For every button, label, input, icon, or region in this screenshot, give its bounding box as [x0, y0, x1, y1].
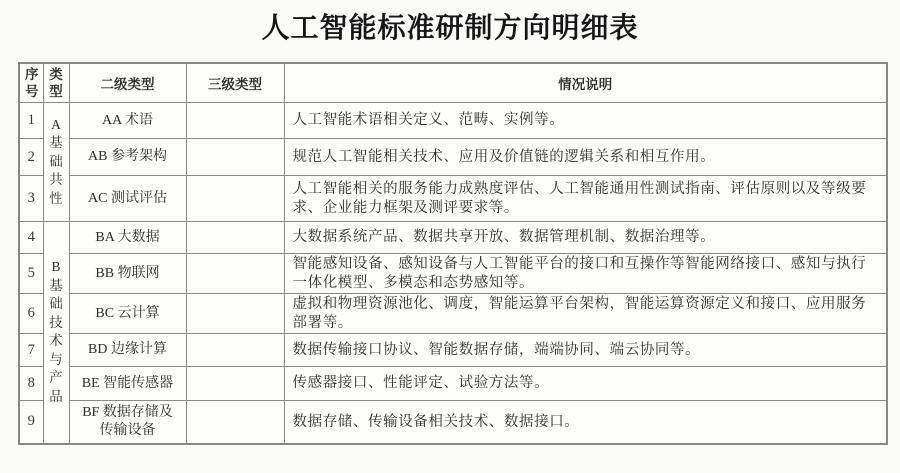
level3-type-cell [186, 176, 284, 222]
table-row: 8 BE 智能传感器 传感器接口、性能评定、试验方法等。 [19, 367, 887, 401]
level2-type-cell: BF 数据存储及传输设备 [69, 401, 186, 444]
level3-type-cell [186, 254, 284, 294]
level2-type-cell: BD 边缘计算 [69, 334, 186, 367]
header-level3: 三级类型 [186, 63, 284, 103]
table-row: 1 A基础共性 AA 术语 人工智能术语相关定义、范畴、实例等。 [19, 103, 887, 139]
description-cell: 大数据系统产品、数据共享开放、数据管理机制、数据治理等。 [284, 222, 887, 254]
row-number: 7 [19, 334, 43, 367]
description-cell: 虚拟和物理资源池化、调度，智能运算平台架构，智能运算资源定义和接口、应用服务部署… [284, 294, 887, 334]
data-table: 序号 类型 二级类型 三级类型 情况说明 1 A基础共性 AA 术语 人工智能术… [18, 62, 888, 445]
document-page: 人工智能标准研制方向明细表 序号 类型 二级类型 三级类型 情况说明 1 A基础… [0, 0, 900, 473]
description-cell: 人工智能术语相关定义、范畴、实例等。 [284, 103, 887, 139]
table-row: 6 BC 云计算 虚拟和物理资源池化、调度，智能运算平台架构，智能运算资源定义和… [19, 294, 887, 334]
level2-type-cell: AA 术语 [69, 103, 186, 139]
level3-type-cell [186, 334, 284, 367]
table-row: 9 BF 数据存储及传输设备 数据存储、传输设备相关技术、数据接口。 [19, 401, 887, 444]
table-row: 5 BB 物联网 智能感知设备、感知设备与人工智能平台的接口和互操作等智能网络接… [19, 254, 887, 294]
level3-type-cell [186, 139, 284, 176]
table-row: 3 AC 测试评估 人工智能相关的服务能力成熟度评估、人工智能通用性测试指南、评… [19, 176, 887, 222]
level2-type-cell: BA 大数据 [69, 222, 186, 254]
level2-type-cell: BE 智能传感器 [69, 367, 186, 401]
header-no: 序号 [19, 63, 43, 103]
description-cell: 人工智能相关的服务能力成熟度评估、人工智能通用性测试指南、评估原则以及等级要求、… [284, 176, 887, 222]
level2-type-cell: AB 参考架构 [69, 139, 186, 176]
description-cell: 规范人工智能相关技术、应用及价值链的逻辑关系和相互作用。 [284, 139, 887, 176]
level3-type-cell [186, 103, 284, 139]
row-number: 4 [19, 222, 43, 254]
table-row: 7 BD 边缘计算 数据传输接口协议、智能数据存储，端端协同、端云协同等。 [19, 334, 887, 367]
row-number: 9 [19, 401, 43, 444]
row-number: 5 [19, 254, 43, 294]
level3-type-cell [186, 367, 284, 401]
row-number: 3 [19, 176, 43, 222]
table-row: 2 AB 参考架构 规范人工智能相关技术、应用及价值链的逻辑关系和相互作用。 [19, 139, 887, 176]
table-header-row: 序号 类型 二级类型 三级类型 情况说明 [19, 63, 887, 103]
row-number: 6 [19, 294, 43, 334]
page-title: 人工智能标准研制方向明细表 [0, 6, 900, 46]
header-level2: 二级类型 [69, 63, 186, 103]
level3-type-cell [186, 401, 284, 444]
level2-type-cell: BC 云计算 [69, 294, 186, 334]
row-number: 1 [19, 103, 43, 139]
header-desc: 情况说明 [284, 63, 887, 103]
level3-type-cell [186, 294, 284, 334]
table-row: 4 B基础技术与产品 BA 大数据 大数据系统产品、数据共享开放、数据管理机制、… [19, 222, 887, 254]
type-group-label: B基础技术与产品 [43, 222, 69, 444]
type-group-label: A基础共性 [43, 103, 69, 222]
description-cell: 智能感知设备、感知设备与人工智能平台的接口和互操作等智能网络接口、感知与执行一体… [284, 254, 887, 294]
header-type: 类型 [43, 63, 69, 103]
row-number: 2 [19, 139, 43, 176]
description-cell: 数据传输接口协议、智能数据存储，端端协同、端云协同等。 [284, 334, 887, 367]
level3-type-cell [186, 222, 284, 254]
description-cell: 数据存储、传输设备相关技术、数据接口。 [284, 401, 887, 444]
level2-type-cell: AC 测试评估 [69, 176, 186, 222]
row-number: 8 [19, 367, 43, 401]
description-cell: 传感器接口、性能评定、试验方法等。 [284, 367, 887, 401]
level2-type-cell: BB 物联网 [69, 254, 186, 294]
